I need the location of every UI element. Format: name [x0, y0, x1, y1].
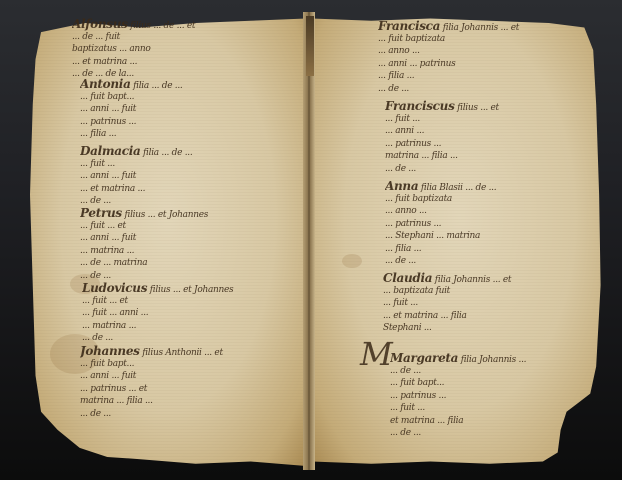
entry-line: ... patrinus ...: [390, 390, 590, 403]
entry-line: filius ... et Johannes: [124, 210, 208, 220]
entry-line: baptizatus ... anno: [72, 43, 297, 56]
entry-line: ... de ...: [390, 365, 590, 378]
entry-name: Antonia: [80, 78, 131, 91]
entry-line: ... matrina ...: [82, 320, 300, 333]
entry-line: ... baptizata fuit: [383, 285, 595, 298]
entry-line: ... fuit bapt...: [80, 91, 300, 104]
entry-line: ... anno ...: [378, 45, 593, 58]
entry-line: filius ... et: [457, 103, 499, 113]
register-entry: Antonia filia ... de ... ... fuit bapt..…: [80, 78, 300, 141]
entry-line: ... fuit ... anni ...: [82, 307, 300, 320]
entry-line: ... patrinus ...: [80, 116, 300, 129]
stain: [342, 254, 362, 268]
entry-line: filius Anthonii ... et: [142, 348, 223, 358]
entry-line: ... fuit ... et: [80, 220, 300, 233]
entry-line: ... fuit ...: [385, 113, 590, 126]
entry-name: Ludovicus: [82, 282, 147, 295]
entry-line: ... de ...: [390, 427, 590, 440]
entry-line: ... anni ... fuit: [80, 170, 300, 183]
book-spine: [303, 12, 315, 470]
entry-line: Stephani ...: [383, 322, 595, 335]
entry-line: ... fuit baptizata: [385, 193, 595, 206]
entry-line: ... de ... fuit: [72, 31, 297, 44]
initial-flourish: M: [360, 335, 393, 373]
entry-name: Johannes: [80, 345, 140, 358]
entry-line: ... filia ...: [385, 243, 595, 256]
entry-name: Anna: [385, 180, 418, 193]
register-entry: Alfonsus filius ... de ... et ... de ...…: [72, 18, 297, 81]
entry-line: ... fuit ...: [383, 297, 595, 310]
entry-line: ... et matrina ... filia: [383, 310, 595, 323]
entry-line: et matrina ... filia: [390, 415, 590, 428]
entry-line: ... fuit bapt...: [390, 377, 590, 390]
entry-name: Dalmacia: [80, 145, 140, 158]
entry-line: filia Johannis ... et: [435, 275, 511, 285]
entry-line: ... Stephani ... matrina: [385, 230, 595, 243]
entry-line: matrina ... filia ...: [385, 150, 590, 163]
entry-line: ... de ...: [82, 332, 300, 345]
binding-tab: [306, 16, 314, 76]
register-entry: Ludovicus filius ... et Johannes ... fui…: [82, 282, 300, 345]
entry-line: ... anni ... patrinus: [378, 58, 593, 71]
entry-line: ... anni ... fuit: [80, 370, 302, 383]
entry-line: ... et matrina ...: [72, 56, 297, 69]
entry-line: ... patrinus ...: [385, 218, 595, 231]
entry-line: ... anni ... fuit: [80, 103, 300, 116]
register-entry: Claudia filia Johannis ... et ... baptiz…: [383, 272, 595, 335]
entry-line: ... de ...: [80, 195, 300, 208]
entry-line: filia ... de ...: [133, 81, 182, 91]
entry-line: ... de ...: [385, 255, 595, 268]
entry-line: ... de ...: [378, 83, 593, 96]
entry-name: Margareta: [390, 352, 458, 365]
register-entry: Dalmacia filia ... de ... ... fuit ... .…: [80, 145, 300, 208]
entry-name: Franciscus: [385, 100, 455, 113]
entry-line: ... de ...: [80, 270, 300, 283]
entry-name: Petrus: [80, 207, 122, 220]
register-entry: Petrus filius ... et Johannes ... fuit .…: [80, 207, 300, 282]
entry-line: ... matrina ...: [80, 245, 300, 258]
entry-line: ... anno ...: [385, 205, 595, 218]
register-entry: Franciscus filius ... et ... fuit ... ..…: [385, 100, 590, 175]
entry-name: Alfonsus: [72, 18, 128, 31]
entry-name: Claudia: [383, 272, 432, 285]
entry-line: ... de ... matrina: [80, 257, 300, 270]
entry-line: filia ... de ...: [143, 148, 192, 158]
entry-line: ... fuit bapt...: [80, 358, 302, 371]
register-entry: Margareta filia Johannis ... ... de ... …: [390, 352, 590, 440]
entry-line: filia Blasii ... de ...: [421, 183, 496, 193]
register-entry: Anna filia Blasii ... de ... ... fuit ba…: [385, 180, 595, 268]
entry-line: filius ... de ... et: [130, 21, 195, 31]
entry-line: ... filia ...: [80, 128, 300, 141]
register-entry: Johannes filius Anthonii ... et ... fuit…: [80, 345, 302, 420]
entry-line: filia Johannis ... et: [443, 23, 519, 33]
entry-line: ... anni ...: [385, 125, 590, 138]
entry-line: ... fuit ...: [80, 158, 300, 171]
entry-line: ... fuit ...: [390, 402, 590, 415]
entry-line: ... de ...: [385, 163, 590, 176]
entry-line: ... patrinus ...: [385, 138, 590, 151]
entry-line: filia Johannis ...: [461, 355, 527, 365]
entry-line: ... anni ... fuit: [80, 232, 300, 245]
entry-line: ... filia ...: [378, 70, 593, 83]
register-entry: Francisca filia Johannis ... et ... fuit…: [378, 20, 593, 95]
entry-line: ... et matrina ...: [80, 183, 300, 196]
entry-name: Francisca: [378, 20, 440, 33]
entry-line: filius ... et Johannes: [150, 285, 234, 295]
entry-line: matrina ... filia ...: [80, 395, 302, 408]
entry-line: ... de ...: [80, 408, 302, 421]
entry-line: ... fuit ... et: [82, 295, 300, 308]
entry-line: ... patrinus ... et: [80, 383, 302, 396]
entry-line: ... fuit baptizata: [378, 33, 593, 46]
